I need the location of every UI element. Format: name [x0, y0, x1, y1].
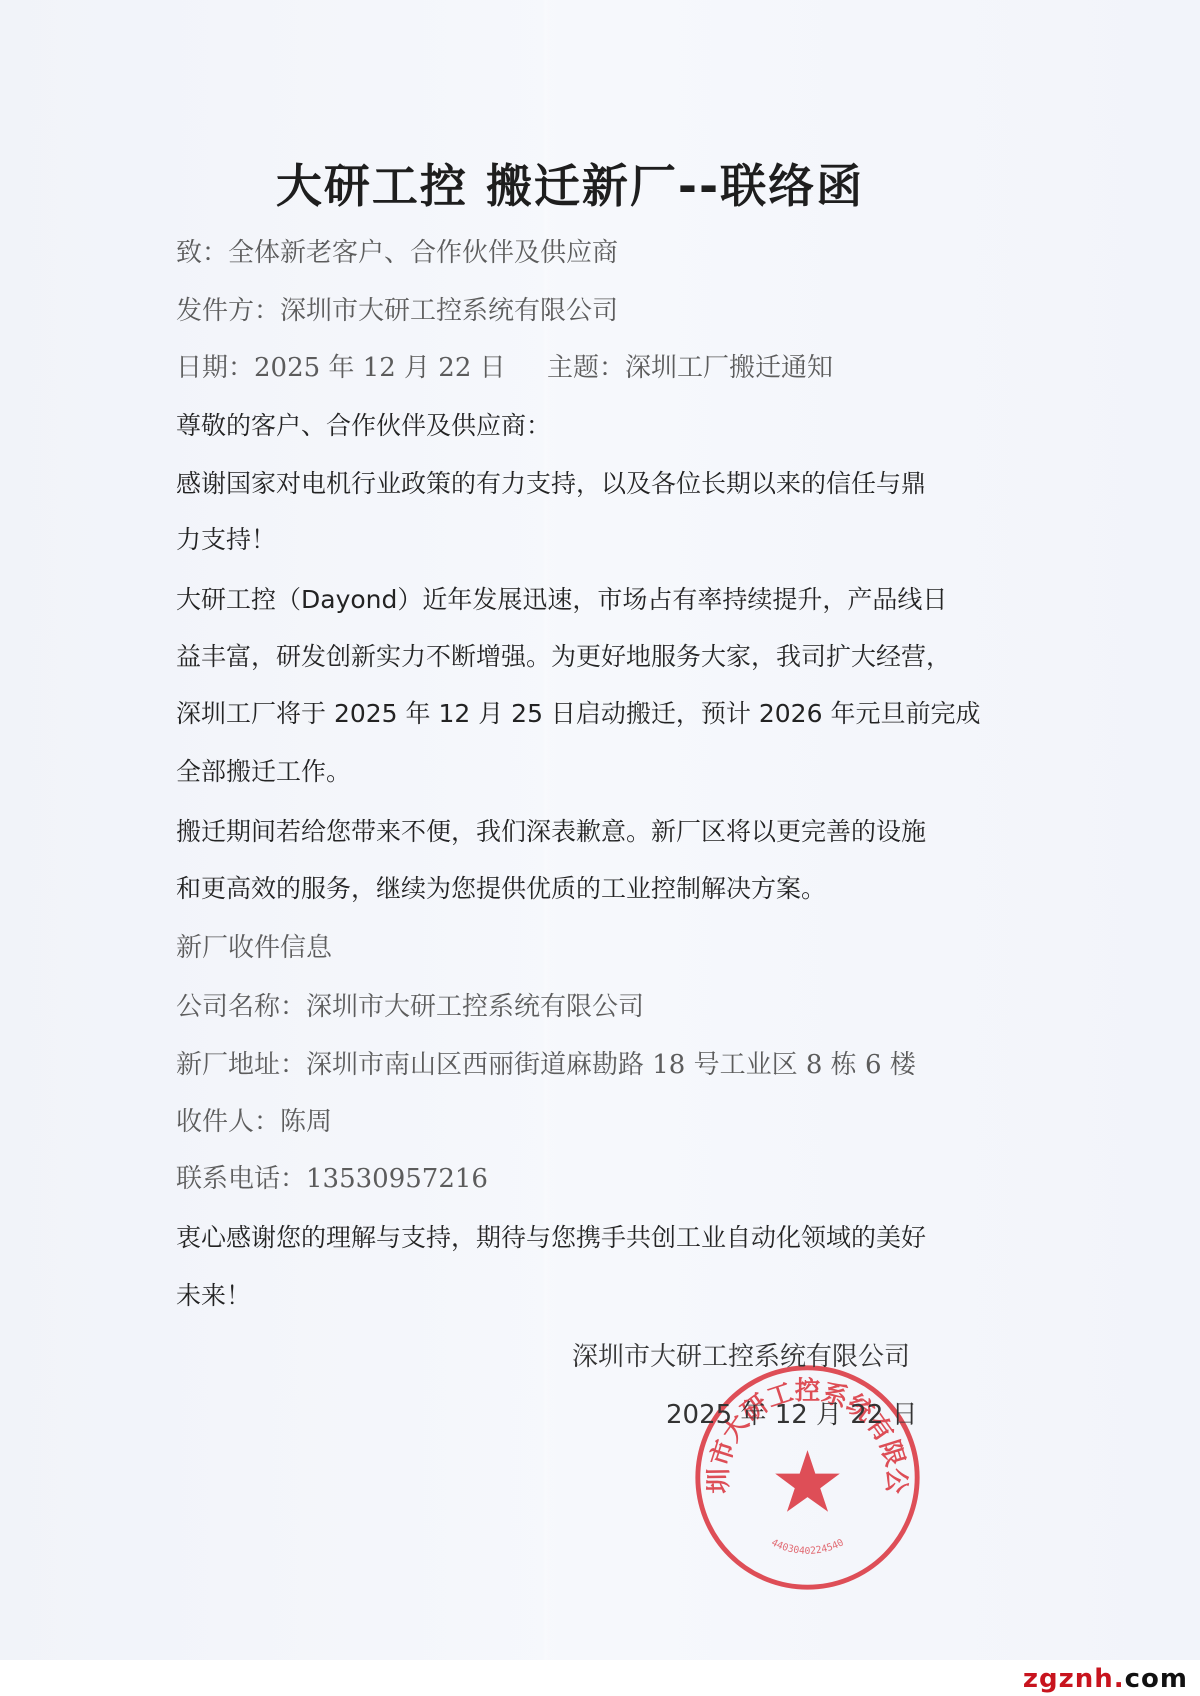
salutation: 尊敬的客户、合作伙伴及供应商：	[176, 406, 551, 442]
watermark-domain: zgznh.	[1023, 1664, 1125, 1694]
letter-page: 大研工控 搬迁新厂--联络函 致：全体新老客户、合作伙伴及供应商 发件方：深圳市…	[0, 0, 1200, 1660]
paragraph-1-line-2: 力支持！	[176, 520, 276, 556]
paragraph-2-line-2: 益丰富，研发创新实力不断增强。为更好地服务大家，我司扩大经营，	[176, 637, 951, 673]
address-line: 新厂地址：深圳市南山区西丽街道麻勘路 18 号工业区 8 栋 6 楼	[176, 1044, 916, 1081]
paragraph-2-line-3: 深圳工厂将于 2025 年 12 月 25 日启动搬迁，预计 2026 年元旦前…	[176, 694, 980, 730]
footer-strip	[0, 1660, 1200, 1696]
signature-date: 2025 年 12 月 22 日	[666, 1394, 918, 1431]
svg-text:4403040224540: 4403040224540	[769, 1537, 845, 1557]
closing-line-2: 未来！	[176, 1276, 251, 1312]
recipient-name-line: 收件人：陈周	[176, 1101, 332, 1138]
paragraph-3-line-2: 和更高效的服务，继续为您提供优质的工业控制解决方案。	[176, 869, 826, 905]
paragraph-2-line-4: 全部搬迁工作。	[176, 752, 351, 788]
paragraph-1-line-1: 感谢国家对电机行业政策的有力支持，以及各位长期以来的信任与鼎	[176, 464, 926, 500]
site-watermark: zgznh.com	[1023, 1664, 1188, 1694]
signature-company: 深圳市大研工控系统有限公司	[572, 1336, 910, 1373]
phone-line: 联系电话：13530957216	[176, 1158, 488, 1195]
company-name-line: 公司名称：深圳市大研工控系统有限公司	[176, 986, 644, 1023]
paragraph-3-line-1: 搬迁期间若给您带来不便，我们深表歉意。新厂区将以更完善的设施	[176, 812, 926, 848]
date-subject-line: 日期：2025 年 12 月 22 日 主题：深圳工厂搬迁通知	[176, 347, 833, 384]
paragraph-2-line-1: 大研工控（Dayond）近年发展迅速，市场占有率持续提升，产品线日	[176, 580, 947, 616]
watermark-tld: com	[1125, 1664, 1188, 1694]
receiving-info-heading: 新厂收件信息	[176, 927, 332, 964]
document-title: 大研工控 搬迁新厂--联络函	[0, 150, 1200, 216]
closing-line-1: 衷心感谢您的理解与支持，期待与您携手共创工业自动化领域的美好	[176, 1218, 926, 1254]
sender-line: 发件方：深圳市大研工控系统有限公司	[176, 290, 618, 327]
recipient-line: 致：全体新老客户、合作伙伴及供应商	[176, 232, 618, 269]
